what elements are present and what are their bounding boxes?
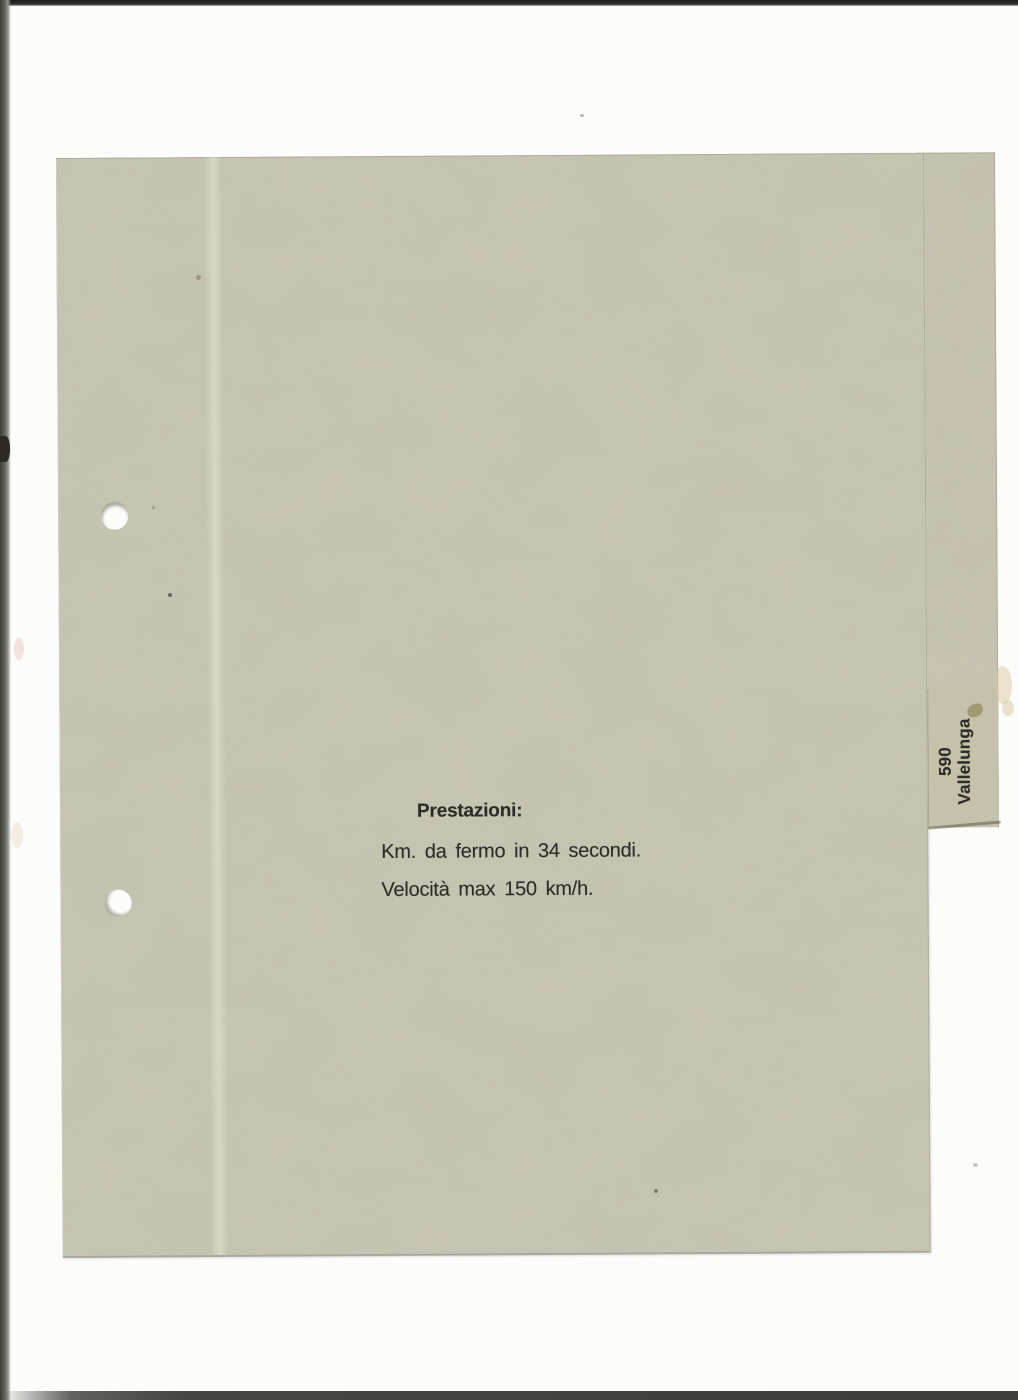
tab-model-number: 590 <box>935 707 955 817</box>
paper-light-streak <box>204 157 229 1255</box>
paper-mottle-texture <box>56 153 931 1256</box>
performance-heading: Prestazioni: <box>417 800 522 823</box>
scanned-sheet: Prestazioni: Km. da fermo in 34 secondi.… <box>0 0 1018 1400</box>
tab-model-name: Vallelunga <box>954 706 974 816</box>
spec-line-top-speed: Velocità max 150 km/h. <box>381 878 593 902</box>
divider-page: Prestazioni: Km. da fermo in 34 secondi.… <box>56 153 931 1256</box>
scan-root: { "document": { "kind": "scanned-manual-… <box>0 0 1018 1400</box>
spec-line-acceleration: Km. da fermo in 34 secondi. <box>381 839 641 864</box>
index-tab: 590 Vallelunga <box>927 689 999 827</box>
index-tab-label: 590 Vallelunga <box>935 706 976 816</box>
tab-column: 590 Vallelunga <box>924 152 999 827</box>
punch-hole-top <box>101 503 128 530</box>
paper-grain-texture <box>56 153 931 1256</box>
punch-hole-bottom <box>104 890 131 917</box>
